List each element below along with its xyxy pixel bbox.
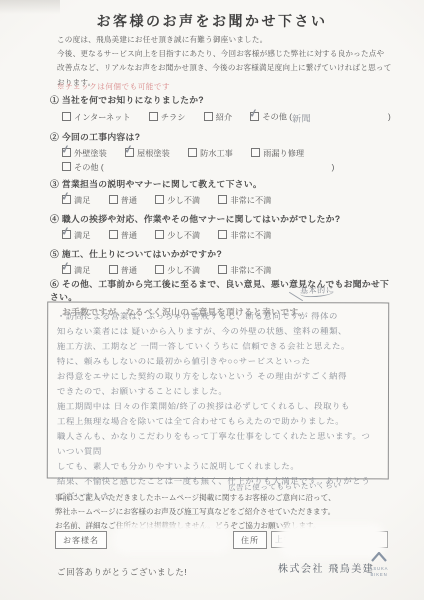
- intro-line: 今後、更なるサービス向上を目指すにあたり、今回お客様が感じた弊社に対する良かった…: [57, 47, 392, 61]
- question-4-label: ④ 職人の挨拶や対応、作業やその他マナーに関してはいかがでしたか?: [50, 212, 395, 225]
- checkbox-average: [109, 195, 118, 204]
- checkbox-satisfied: [62, 195, 71, 204]
- option-very-dissatisfied: 非常に不満: [218, 195, 271, 206]
- option-slightly-dissatisfied: 少し不満: [155, 195, 200, 206]
- checkbox-very-dissatisfied: [218, 195, 227, 204]
- checkbox-slightly-dissatisfied: [155, 265, 164, 274]
- question-2: ② 今回の工事内容は? 外壁塗装 屋根塗装 防水工事 雨漏り修理 その他 (): [50, 130, 395, 173]
- option-exterior-painting: 外壁塗装: [62, 148, 107, 159]
- option-average: 普通: [109, 230, 137, 241]
- checkbox-very-dissatisfied: [218, 230, 227, 239]
- company-logo: ASUKA BIKEN: [362, 549, 396, 578]
- question-3: ③ 営業担当の説明やマナーに関して教えて下さい。 満足 普通 少し不満 非常に不…: [50, 177, 395, 206]
- question-3-label: ③ 営業担当の説明やマナーに関して教えて下さい。: [50, 177, 395, 190]
- question-1: ① 当社を何でお知りになりましたか? インターネット チラシ 紹介 その他 (新…: [50, 93, 395, 124]
- question-4-options: 満足 普通 少し不満 非常に不満: [50, 230, 395, 241]
- option-satisfied: 満足: [62, 195, 90, 206]
- option-referral: 紹介: [204, 112, 232, 123]
- checkbox-slightly-dissatisfied: [155, 195, 164, 204]
- checkbox-average: [109, 230, 118, 239]
- checkbox-referral: [204, 112, 213, 121]
- question-6-label: ⑥ その他、工事前から完工後に至るまで、良い意見、悪い意見なんでもお聞かせ下さい…: [50, 277, 395, 303]
- page-title: お客様のお声をお聞かせ下さい: [0, 11, 424, 31]
- checkbox-flyer: [149, 112, 158, 121]
- mountain-chevron-icon: [370, 552, 388, 562]
- question-1-options: インターネット チラシ 紹介 その他 (新聞): [50, 111, 395, 124]
- question-2-options-row2: その他 (): [50, 162, 395, 173]
- question-4: ④ 職人の挨拶や対応、作業やその他マナーに関してはいかがでしたか? 満足 普通 …: [50, 212, 395, 241]
- option-very-dissatisfied: 非常に不満: [218, 265, 271, 276]
- checkbox-waterproofing: [188, 148, 197, 157]
- checkbox-average: [109, 265, 118, 274]
- question-3-options: 満足 普通 少し不満 非常に不満: [50, 195, 395, 206]
- checkbox-slightly-dissatisfied: [155, 230, 164, 239]
- checkbox-satisfied: [62, 230, 71, 239]
- option-satisfied: 満足: [62, 265, 90, 276]
- question-1-label: ① 当社を何でお知りになりましたか?: [50, 93, 395, 106]
- option-satisfied: 満足: [62, 230, 90, 241]
- company-name: 株式会社 飛鳥美建: [278, 560, 374, 575]
- question-5-options: 満足 普通 少し不満 非常に不満: [50, 265, 395, 276]
- checkbox-leak-repair: [251, 148, 260, 157]
- checkbox-roof-painting: [125, 148, 134, 157]
- intro-line: この度は、飛鳥美建にお任せ頂き誠に有難う御座いました。: [57, 33, 392, 47]
- address-label: 住所: [233, 531, 267, 549]
- footer-line: 弊社ホームページにお客様のお声及び施工写真などをご紹介させていただきます。: [55, 505, 390, 519]
- option-slightly-dissatisfied: 少し不満: [155, 265, 200, 276]
- option-leak-repair: 雨漏り修理: [251, 148, 304, 159]
- logo-text-line2: BIKEN: [365, 573, 394, 578]
- option-average: 普通: [109, 195, 137, 206]
- scanned-survey-document: お客様のお声をお聞かせ下さい この度は、飛鳥美建にお任せ頂き誠に有難う御座いまし…: [0, 0, 424, 600]
- checkbox-internet: [62, 112, 71, 121]
- option-internet: インターネット: [62, 112, 131, 123]
- option-slightly-dissatisfied: 少し不満: [155, 230, 200, 241]
- option-very-dissatisfied: 非常に不満: [218, 230, 271, 241]
- question-2-label: ② 今回の工事内容は?: [50, 130, 395, 143]
- checkbox-other-work: [62, 162, 71, 171]
- question-2-options-row1: 外壁塗装 屋根塗装 防水工事 雨漏り修理: [50, 148, 395, 159]
- option-flyer: チラシ: [149, 112, 186, 123]
- check-note: ※チェックは何個でも可能です: [57, 81, 170, 92]
- question-5: ⑤ 施工、仕上りについてはいかがですか? 満足 普通 少し不満 非常に不満: [50, 247, 395, 276]
- checkbox-other: [250, 112, 259, 121]
- thanks-message: ご回答ありがとうございました!: [57, 566, 187, 578]
- footer-line: 事前にご記入いただきましたホームページ掲載に関するお客様のご意向に沿って、: [55, 491, 390, 505]
- option-roof-painting: 屋根塗装: [125, 148, 170, 159]
- footer-paragraph: 事前にご記入いただきましたホームページ掲載に関するお客様のご意向に沿って、 弊社…: [55, 491, 390, 532]
- option-other-work: その他 (): [62, 162, 334, 173]
- customer-name-label: お客様名: [55, 531, 107, 549]
- checkbox-very-dissatisfied: [218, 265, 227, 274]
- option-waterproofing: 防水工事: [188, 148, 233, 159]
- question-5-label: ⑤ 施工、仕上りについてはいかがですか?: [50, 247, 395, 260]
- redacted-customer-name: [118, 529, 226, 549]
- option-average: 普通: [109, 265, 137, 276]
- handwritten-comment-box: ・訪問による営業は、ぶっちゃけ警戒するし、断る意向ですが 得体の 知らない業者に…: [47, 302, 389, 480]
- checkbox-satisfied: [62, 265, 71, 274]
- checkbox-exterior-painting: [62, 148, 71, 157]
- handwritten-other-value: 新聞: [292, 110, 388, 125]
- option-other: その他 (新聞): [250, 111, 390, 124]
- logo-text-line1: ASUKA: [365, 567, 394, 572]
- handwritten-insert-annotation: 基本的に: [300, 284, 335, 296]
